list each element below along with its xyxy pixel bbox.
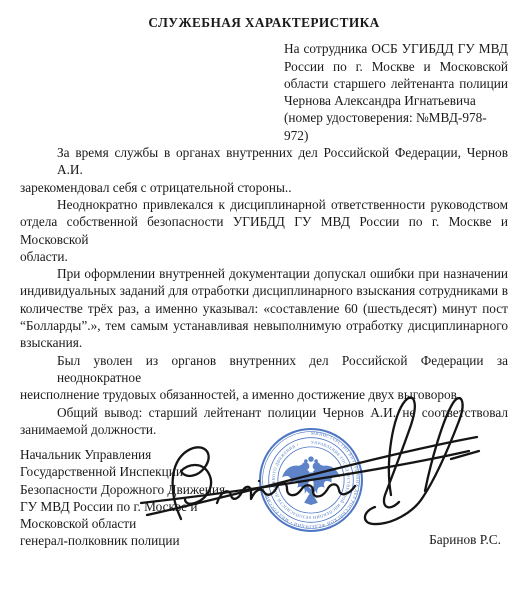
document-title: СЛУЖЕБНАЯ ХАРАКТЕРИСТИКА	[20, 14, 508, 31]
text-line: “Болларды”.», тем самым устанавливая нев…	[20, 317, 508, 334]
document-page: СЛУЖЕБНАЯ ХАРАКТЕРИСТИКА На сотрудника О…	[0, 0, 528, 604]
text-line: зарекомендовал себя с отрицательной стор…	[20, 179, 508, 196]
signer-name: Баринов Р.С.	[429, 531, 501, 548]
text-line: Был уволен из органов внутренних дел Рос…	[20, 352, 508, 387]
text-line: (номер удостоверения: №МВД-978-972)	[284, 109, 508, 144]
text-line: За время службы в органах внутренних дел…	[20, 144, 508, 179]
text-line: При оформлении внутренней документации д…	[20, 265, 508, 282]
recipient-block: На сотрудника ОСБ УГИБДД ГУ МВДРоссии по…	[284, 40, 508, 144]
text-line: отдела собственной безопасности УГИБДД Г…	[20, 213, 508, 248]
text-line: Чернова Александра Игнатьевича	[284, 92, 508, 109]
paragraph: За время службы в органах внутренних дел…	[20, 144, 508, 196]
text-line: количестве трёх раз, а именно указывал: …	[20, 300, 508, 317]
text-line: генерал-полковник полиции	[20, 532, 270, 549]
paragraph: Неоднократно привлекался к дисциплинарно…	[20, 196, 508, 265]
document-content: СЛУЖЕБНАЯ ХАРАКТЕРИСТИКА На сотрудника О…	[0, 0, 528, 438]
paragraph: При оформлении внутренней документации д…	[20, 265, 508, 351]
handwritten-signature	[139, 391, 481, 533]
text-line: На сотрудника ОСБ УГИБДД ГУ МВД	[284, 40, 508, 57]
text-line: индивидуальных заданий для отработки дис…	[20, 282, 508, 299]
text-line: Неоднократно привлекался к дисциплинарно…	[20, 196, 508, 213]
text-line: области.	[20, 248, 508, 265]
text-line: области старшего лейтенанта полиции	[284, 75, 508, 92]
signature-strokes	[141, 398, 479, 524]
text-line: взыскания.	[20, 334, 508, 351]
text-line: России по г. Москве и Московской	[284, 58, 508, 75]
